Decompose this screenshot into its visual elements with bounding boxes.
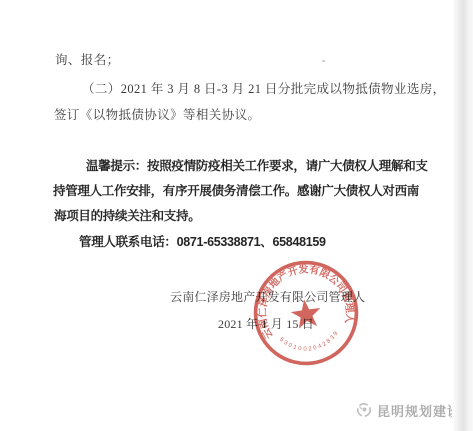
- scan-speck: [322, 60, 325, 62]
- contact-phone-line: 管理人联系电话：0871-65338871、65848159: [79, 234, 326, 250]
- watermark: 昆明规划建设: [356, 401, 461, 419]
- notice-line: 海项目的持续关注和支持。: [54, 208, 200, 224]
- body-line: （二）2021 年 3 月 8 日-3 月 21 日分批完成以物抵债物业选房，: [82, 81, 446, 97]
- body-line: 询、报名；: [55, 52, 120, 68]
- svg-text:云南仁泽房地产开发有限公司管理人: 云南仁泽房地产开发有限公司管理人: [249, 256, 359, 342]
- seal-serial-number: 5301002042839: [278, 329, 343, 357]
- body-line: 签订《以物抵债协议》等相关协议。: [54, 107, 260, 123]
- seal-star-icon: [289, 297, 322, 329]
- page-edge-shadow: [452, 0, 473, 431]
- notice-line: 持管理人工作安排，有序开展债务清偿工作。感谢广大债权人对西南: [53, 183, 419, 199]
- svg-text:5301002042839: 5301002042839: [278, 329, 343, 357]
- watermark-logo-icon: [356, 402, 372, 418]
- notice-line: 温馨提示：按照疫情防疫相关工作要求，请广大债权人理解和支: [86, 158, 428, 174]
- watermark-text: 昆明规划建设: [377, 401, 461, 420]
- document-page: 询、报名； （二）2021 年 3 月 8 日-3 月 21 日分批完成以物抵债…: [0, 0, 473, 431]
- company-seal: 云南仁泽房地产开发有限公司管理人 5301002042839: [244, 251, 368, 375]
- seal-ring-text: 云南仁泽房地产开发有限公司管理人: [249, 256, 359, 342]
